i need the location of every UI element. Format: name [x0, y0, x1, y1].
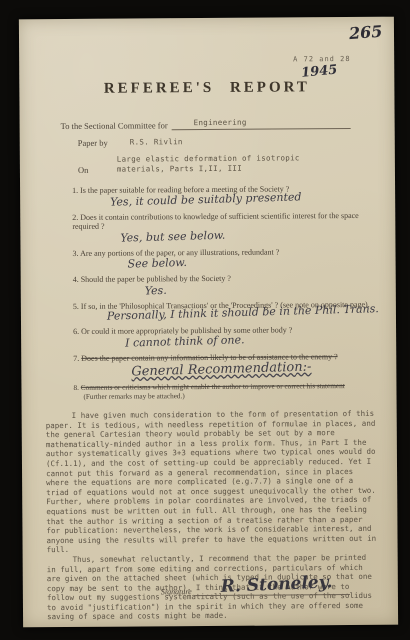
scanned-referee-report: { "page": { "archive_number": "265", "st… — [0, 0, 410, 640]
committee-value: Engineering — [194, 118, 247, 127]
paper-by-label: Paper by — [78, 138, 130, 148]
committee-label: To the Sectional Committee for — [61, 120, 168, 131]
question-number: 1. — [72, 186, 78, 195]
paper-by-line: Paper by R.S. Rivlin — [61, 136, 351, 148]
question-text: Comments or criticisms which might enabl… — [81, 381, 345, 392]
question-8-note: (Further remarks may be attached.) — [83, 390, 382, 402]
questions-list: 1. Is the paper suitable for reading bef… — [72, 184, 383, 402]
question-number: 7. — [73, 353, 79, 362]
body-paragraph-1: I have given much consideration to the f… — [46, 409, 378, 555]
signature-underline: R. Stoneley. — [195, 570, 350, 596]
question-number: 4. — [73, 275, 79, 284]
on-label: On — [78, 165, 117, 175]
paper-title-value: Large elastic deformation of isotropic m… — [117, 153, 351, 175]
question-text: Should the paper be published by the Soc… — [81, 274, 231, 284]
page-title: REFEREE'S REPORT — [19, 79, 394, 99]
question-number: 2. — [72, 212, 78, 221]
report-page: 265 A 72 and 28 1945 REFEREE'S REPORT To… — [19, 17, 398, 628]
form-header: To the Sectional Committee for Engineeri… — [61, 116, 351, 175]
archive-number: 265 — [348, 22, 383, 44]
reference-stamp: A 72 and 28 — [293, 55, 350, 63]
question-number: 8. — [73, 383, 79, 392]
signature-row: Signature R. Stoneley. — [161, 570, 350, 596]
question-8-struck: 8. Comments or criticisms which might en… — [73, 381, 382, 402]
committee-line: To the Sectional Committee for Engineeri… — [61, 116, 351, 131]
question-number: 5. — [73, 301, 79, 310]
signature-name: R. Stoneley. — [220, 572, 332, 597]
question-number: 3. — [72, 248, 78, 257]
committee-underline: Engineering — [172, 116, 351, 130]
paper-by-value: R.S. Rivlin — [130, 137, 183, 147]
question-number: 6. — [73, 327, 79, 336]
on-line: On Large elastic deformation of isotropi… — [61, 153, 351, 175]
signature-label: Signature — [161, 587, 192, 596]
